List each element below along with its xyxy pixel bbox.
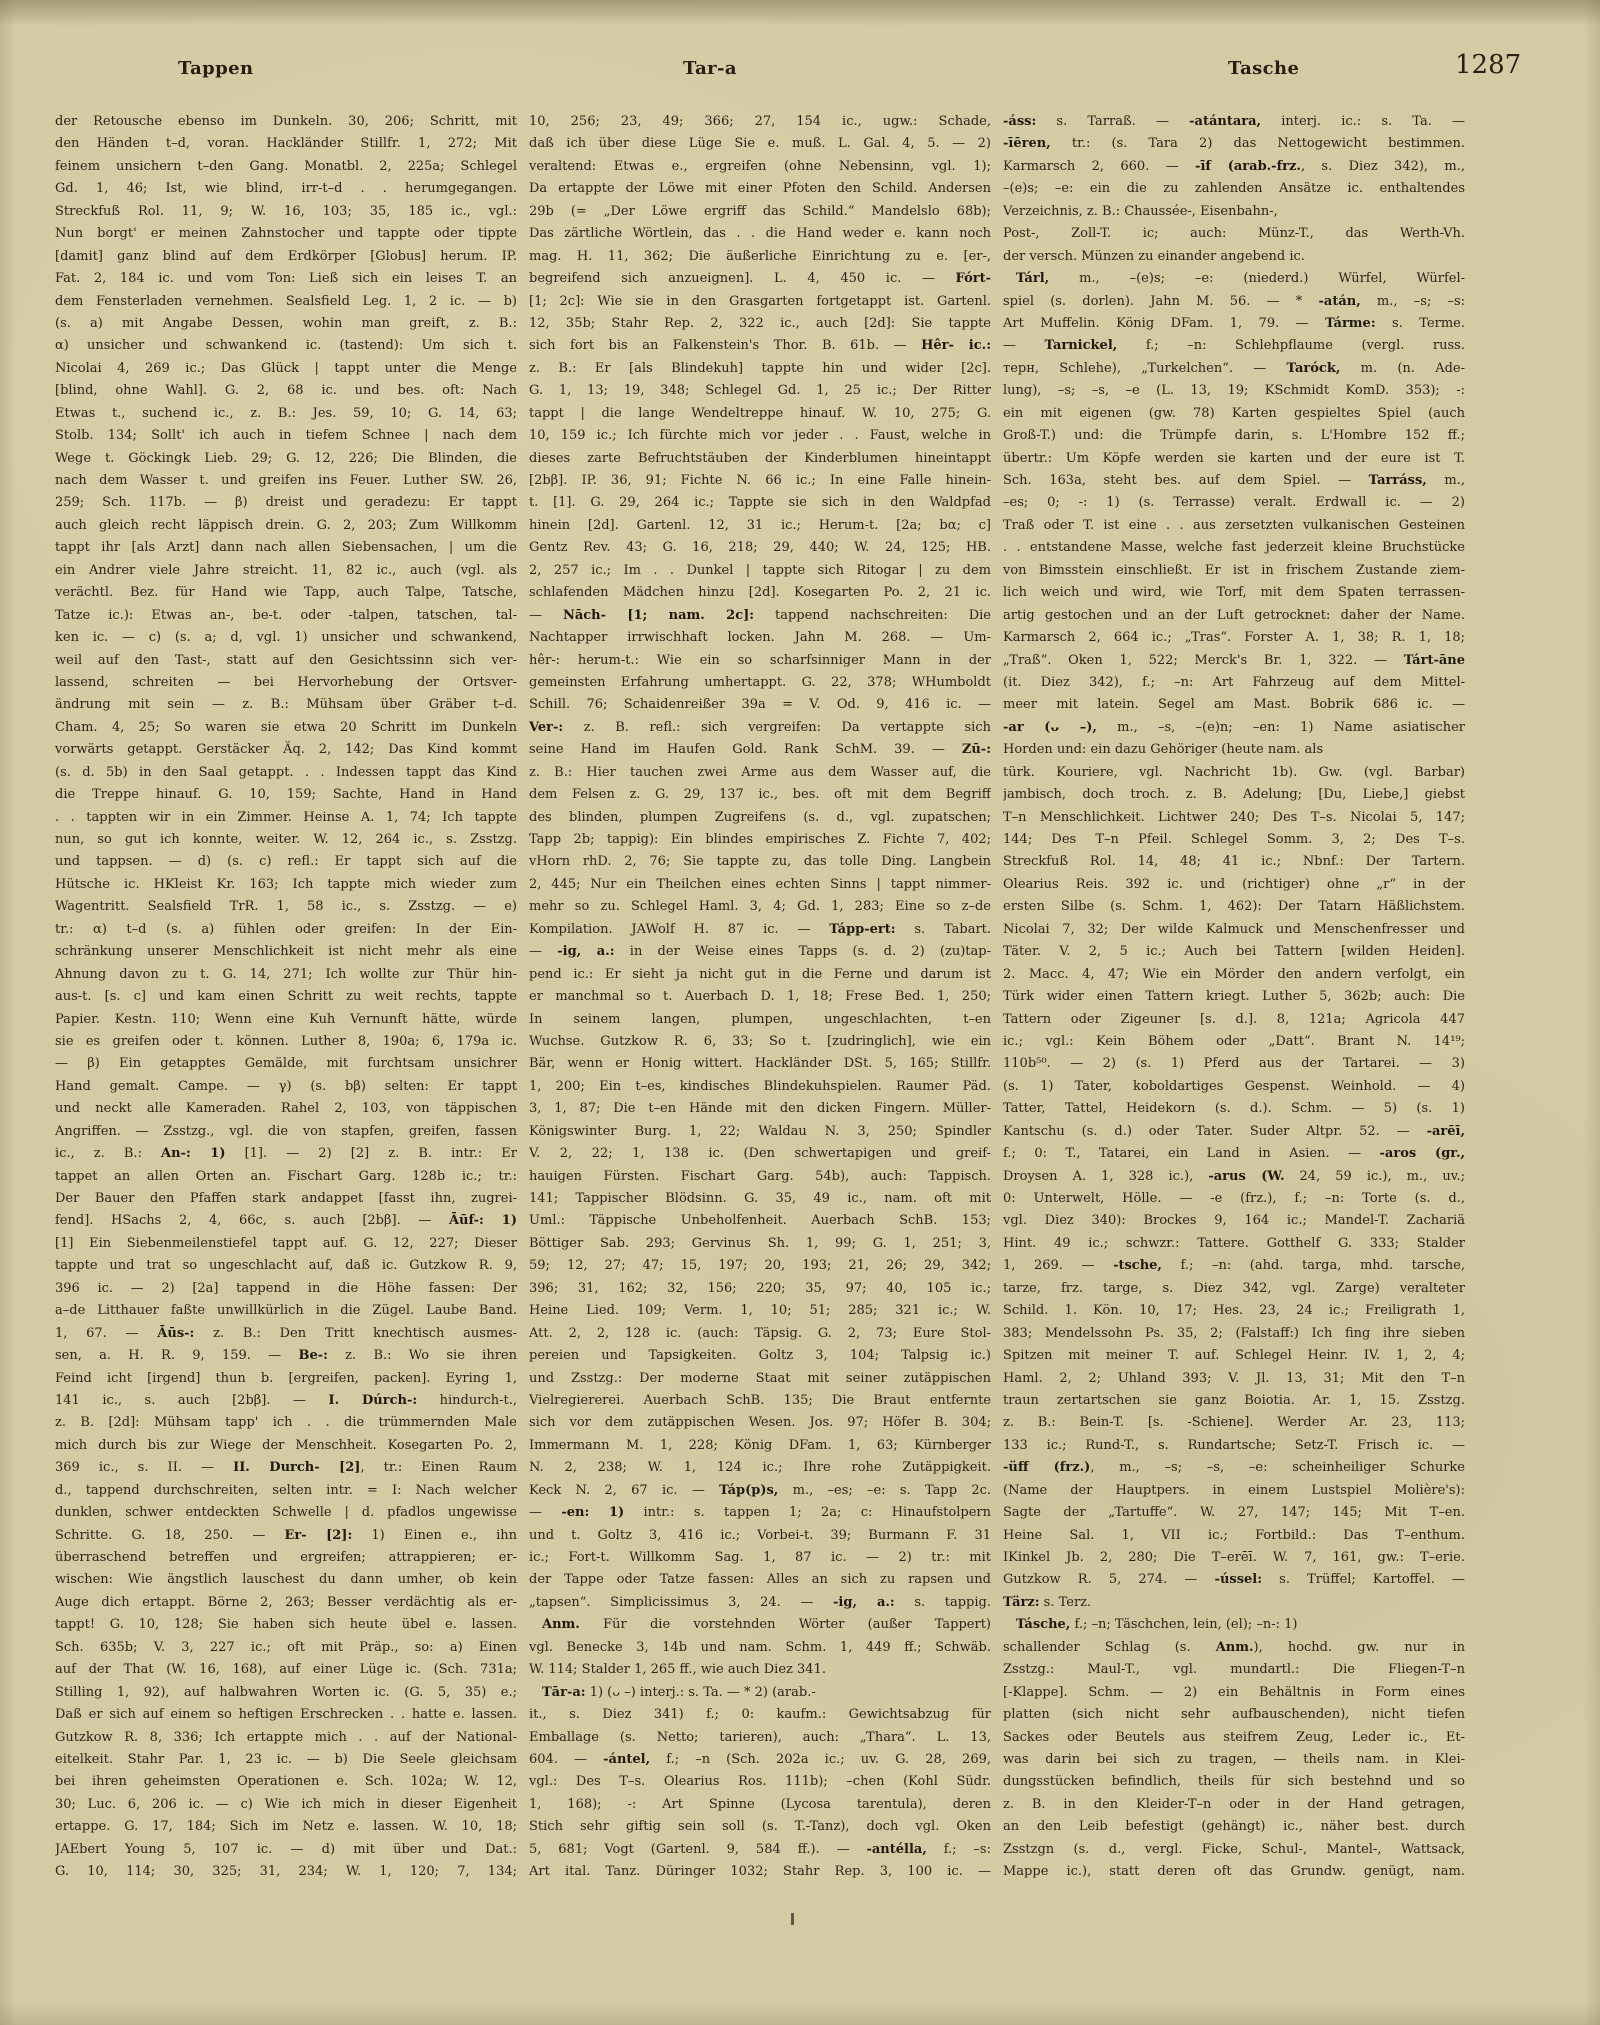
text-line: 30; Luc. 6, 206 ic. — c) Wie ich mich in… [55, 1794, 517, 1816]
text-line: Hand gemalt. Campe. — γ) (s. bβ) selten:… [55, 1076, 517, 1098]
text-line: Stich sehr giftig sein soll (s. T.-Tanz)… [529, 1816, 991, 1838]
text-line: hêr-: herum-t.: Wie ein so scharfsinnige… [529, 650, 991, 672]
text-line: sen, a. H. R. 9, 159. — Be-: z. B.: Wo s… [55, 1345, 517, 1367]
text-line: t. [1]. G. 29, 264 ic.; Tappte sie sich … [529, 492, 991, 514]
text-line: mich durch bis zur Wiege der Menschheit.… [55, 1435, 517, 1457]
text-line: Angriffen. — Zsstzg., vgl. die von stapf… [55, 1121, 517, 1143]
text-line: Keck N. 2, 67 ic. — Táp(p)s, m., –es; –e… [529, 1480, 991, 1502]
text-line: dunklen, schwer entdeckten Schwelle | d.… [55, 1502, 517, 1524]
text-line: Tärz: s. Terz. [1003, 1592, 1465, 1614]
text-line: „Traß“. Oken 1, 522; Merck's Br. 1, 322.… [1003, 650, 1465, 672]
text-line: aus-t. [s. c] und kam einen Schritt zu w… [55, 986, 517, 1008]
text-line: traun zertartschen sie ganz Boiotia. Ar.… [1003, 1390, 1465, 1412]
text-line: z. B.: Er [als Blindekuh] tappte hin und… [529, 358, 991, 380]
text-line: ic.; vgl.: Kein Böhem oder „Datt“. Brant… [1003, 1031, 1465, 1053]
text-line: 396 ic. — 2) [2a] tappend in die Höhe fa… [55, 1278, 517, 1300]
text-line: Sch. 163a, steht bes. auf dem Spiel. — T… [1003, 470, 1465, 492]
text-line: 1, 200; Ein t–es, kindisches Blindekuhsp… [529, 1076, 991, 1098]
text-line: 5, 681; Vogt (Gartenl. 9, 584 ff.). — -a… [529, 1839, 991, 1861]
text-line: Streckfuß Rol. 11, 9; W. 16, 103; 35, 18… [55, 201, 517, 223]
text-line: — -ig, a.: in der Weise eines Tapps (s. … [529, 941, 991, 963]
text-line: — Nāch- [1; nam. 2c]: tappend nachschrei… [529, 605, 991, 627]
text-line: Böttiger Sab. 293; Gervinus Sh. 1, 99; G… [529, 1233, 991, 1255]
text-line: 12, 35b; Stahr Rep. 2, 322 ic., auch [2d… [529, 313, 991, 335]
text-line: an den Leib befestigt (gehängt) ic., näh… [1003, 1816, 1465, 1838]
text-line: Tatze ic.): Etwas an-, be-t. oder -talpe… [55, 605, 517, 627]
text-line: Art Muffelin. König DFam. 1, 79. — Tárme… [1003, 313, 1465, 335]
text-line: auch gleich recht läppisch drein. G. 2, … [55, 515, 517, 537]
text-line: vgl. Diez 340): Brockes 9, 164 ic.; Mand… [1003, 1210, 1465, 1232]
text-line: Sagte der „Tartuffe“. W. 27, 147; 145; M… [1003, 1502, 1465, 1524]
text-line: mag. H. 11, 362; Die äußerliche Einricht… [529, 246, 991, 268]
text-line: tappte und trat so ungeschlacht auf, daß… [55, 1255, 517, 1277]
text-line: der Retousche ebenso im Dunkeln. 30, 206… [55, 111, 517, 133]
text-line: was darin bei sich zu tragen, — theils n… [1003, 1749, 1465, 1771]
text-line: vgl.: Des T–s. Olearius Ros. 111b); –che… [529, 1771, 991, 1793]
text-line: — β) Ein getapptes Gemälde, mit furchtsa… [55, 1053, 517, 1075]
text-line: JAEbert Young 5, 107 ic. — d) mit über u… [55, 1839, 517, 1861]
text-line: Wuchse. Gutzkow R. 6, 33; So t. [zudring… [529, 1031, 991, 1053]
text-line: ic.; Fort-t. Willkomm Sag. 1, 87 ic. — 2… [529, 1547, 991, 1569]
text-line: schränkung unserer Menschlichkeit ist ni… [55, 941, 517, 963]
text-line: die Treppe hinauf. G. 10, 159; Sachte, H… [55, 784, 517, 806]
text-line: nach dem Wasser t. und greifen ins Feuer… [55, 470, 517, 492]
text-line: ändrung mit sein — z. B.: Mühsam über Gr… [55, 694, 517, 716]
text-line: Hütsche ic. HKleist Kr. 163; Ich tappte … [55, 874, 517, 896]
text-line: Täter. V. 2, 5 ic.; Auch bei Tattern [wi… [1003, 941, 1465, 963]
text-line: Daß er sich auf einem so heftigen Erschr… [55, 1704, 517, 1726]
text-line: Post-, Zoll-T. ic; auch: Münz-T., das We… [1003, 223, 1465, 245]
text-line: verächtl. Bez. für Hand wie Tapp, auch T… [55, 582, 517, 604]
text-line: 1, 269. — -tsche, f.; –n: (ahd. targa, m… [1003, 1255, 1465, 1277]
text-line: [2bβ]. IP. 36, 91; Fichte N. 66 ic.; In … [529, 470, 991, 492]
text-line: 59; 12, 27; 47; 15, 197; 20, 193; 21, 26… [529, 1255, 991, 1277]
text-line: 383; Mendelssohn Ps. 35, 2; (Falstaff:) … [1003, 1323, 1465, 1345]
text-line: Der Bauer den Pfaffen stark andappet [fa… [55, 1188, 517, 1210]
text-line: Karmarsch 2, 660. — -īf (arab.-frz., s. … [1003, 156, 1465, 178]
text-line: Zsstzgn (s. d., vergl. Ficke, Schul-, Ma… [1003, 1839, 1465, 1861]
text-line: sie es greifen oder t. können. Luther 8,… [55, 1031, 517, 1053]
text-line: „tapsen“. Simplicissimus 3, 24. — -ig, a… [529, 1592, 991, 1614]
text-line: Stolb. 134; Sollt' ich auch in tiefem Sc… [55, 425, 517, 447]
text-line: In seinem langen, plumpen, ungeschlachte… [529, 1009, 991, 1031]
text-line: ic., z. B.: An-: 1) [1]. — 2) [2] z. B. … [55, 1143, 517, 1165]
text-line: Haml. 2, 2; Uhland 393; V. Jl. 13, 31; M… [1003, 1368, 1465, 1390]
text-line: dieses zarte Befruchtstäuben der Kinderb… [529, 448, 991, 470]
text-line: [damit] ganz blind auf dem Erdkörper [Gl… [55, 246, 517, 268]
text-line: Nun borgt' er meinen Zahnstocher und tap… [55, 223, 517, 245]
text-line: Nicolai 4, 269 ic.; Das Glück | tappt un… [55, 358, 517, 380]
text-line: (s. d. 5b) in den Saal getappt. . . Inde… [55, 762, 517, 784]
text-line: Verzeichnis, z. B.: Chaussée-, Eisenbahn… [1003, 201, 1465, 223]
text-line: sich vor dem zutäppischen Wesen. Jos. 97… [529, 1412, 991, 1434]
text-line: pend ic.: Er sieht ja nicht gut in die F… [529, 964, 991, 986]
text-line: 1, 67. — Āūs-: z. B.: Den Tritt knechtis… [55, 1323, 517, 1345]
page-number: 1287 [1455, 50, 1521, 80]
text-line: Tattern oder Zigeuner [s. d.]. 8, 121a; … [1003, 1009, 1465, 1031]
text-line: pereien und Tapsigkeiten. Goltz 3, 104; … [529, 1345, 991, 1367]
text-column-right: -áss: s. Tarraß. — -atántara, interj. ic… [1003, 111, 1465, 1884]
text-line: 2, 257 ic.; Im . . Dunkel | tappte sich … [529, 560, 991, 582]
text-line: Auge dich ertappt. Börne 2, 263; Besser … [55, 1592, 517, 1614]
text-line: [1; 2c]: Wie sie in den Grasgarten fortg… [529, 291, 991, 313]
text-line: tappt ihr [als Arzt] dann nach allen Sie… [55, 537, 517, 559]
text-line: Gd. 1, 46; Ist, wie blind, irr-t–d . . h… [55, 178, 517, 200]
text-line: Hint. 49 ic.; schwzr.: Tattere. Gotthelf… [1003, 1233, 1465, 1255]
text-line: Karmarsch 2, 664 ic.; „Tras“. Forster A.… [1003, 627, 1465, 649]
text-line: fend]. HSachs 2, 4, 66c, s. auch [2bβ]. … [55, 1210, 517, 1232]
text-line: feinem unsichern t–den Gang. Monatbl. 2,… [55, 156, 517, 178]
text-column-left: der Retousche ebenso im Dunkeln. 30, 206… [55, 111, 517, 1884]
text-line: Sch. 635b; V. 3, 227 ic.; oft mit Präp.,… [55, 1637, 517, 1659]
text-line: ken ic. — c) (s. a; d, vgl. 1) unsicher … [55, 627, 517, 649]
text-line: Mappe ic.), statt deren oft das Grundw. … [1003, 1861, 1465, 1883]
text-line: Uml.: Täppische Unbeholfenheit. Auerbach… [529, 1210, 991, 1232]
running-head-right: Tasche [1228, 58, 1299, 79]
text-line: weil auf den Tast-, statt auf den Gesich… [55, 650, 517, 672]
text-line: Wagentritt. Sealsfield TrR. 1, 58 ic., s… [55, 896, 517, 918]
text-line: (s. 1) Tater, koboldartiges Gespenst. We… [1003, 1076, 1465, 1098]
text-line: Olearius Reis. 392 ic. und (richtiger) o… [1003, 874, 1465, 896]
text-line: d., tappend durchschreiten, selten intr.… [55, 1480, 517, 1502]
text-line: begreifend sich anzueignen]. L. 4, 450 i… [529, 268, 991, 290]
text-line: tappt | die lange Wendeltreppe hinauf. W… [529, 403, 991, 425]
text-line: 604. — -ántel, f.; –n (Sch. 202a ic.; uv… [529, 1749, 991, 1771]
text-line: Immermann M. 1, 228; König DFam. 1, 63; … [529, 1435, 991, 1457]
text-line: –es; 0; -: 1) (s. Terrasse) veralt. Erdw… [1003, 492, 1465, 514]
text-line: z. B.: Bein-T. [s. -Schiene]. Werder Ar.… [1003, 1412, 1465, 1434]
text-line: Tásche, f.; –n; Täschchen, lein, (el); –… [1003, 1614, 1465, 1636]
text-line: schlafenden Mädchen hinzu [2d]. Kosegart… [529, 582, 991, 604]
text-line: Cham. 4, 25; So waren sie etwa 20 Schrit… [55, 717, 517, 739]
text-line: vorwärts getappt. Gerstäcker Äq. 2, 142;… [55, 739, 517, 761]
text-line: Ahnung davon zu t. G. 14, 271; Ich wollt… [55, 964, 517, 986]
text-line: wischen: Wie ängstlich lauschest du dann… [55, 1569, 517, 1591]
text-line: G. 1, 13; 19, 348; Schlegel Gd. 1, 25 ic… [529, 380, 991, 402]
text-line: (s. a) mit Angabe Dessen, wohin man grei… [55, 313, 517, 335]
text-line: und tappsen. — d) (s. c) refl.: Er tappt… [55, 851, 517, 873]
text-line: vgl. Benecke 3, 14b und nam. Schm. 1, 44… [529, 1637, 991, 1659]
text-line: z. B.: Hier tauchen zwei Arme aus dem Wa… [529, 762, 991, 784]
text-line: von Bimsstein einschließt. Er ist in fri… [1003, 560, 1465, 582]
text-line: eitelkeit. Stahr Par. 1, 23 ic. — b) Die… [55, 1749, 517, 1771]
text-line: Tapp 2b; tappig): Ein blindes empirische… [529, 829, 991, 851]
text-line: Fat. 2, 184 ic. und vom Ton: Ließ sich e… [55, 268, 517, 290]
text-line: Art ital. Tanz. Düringer 1032; Stahr Rep… [529, 1861, 991, 1883]
text-line: Nicolai 7, 32; Der wilde Kalmuck und Men… [1003, 919, 1465, 941]
text-line: lassend, schreiten — bei Hervorhebung de… [55, 672, 517, 694]
text-line: Att. 2, 2, 128 ic. (auch: Täpsig. G. 2, … [529, 1323, 991, 1345]
text-line: 10, 159 ic.; Ich fürchte mich vor jeder … [529, 425, 991, 447]
text-line: Feind icht [irgend] thun b. [ergreifen, … [55, 1368, 517, 1390]
text-line: IKinkel Jb. 2, 280; Die T–erēī. W. 7, 16… [1003, 1547, 1465, 1569]
text-line: seine Hand im Haufen Gold. Rank SchM. 39… [529, 739, 991, 761]
text-line: und neckt alle Kameraden. Rahel 2, 103, … [55, 1098, 517, 1120]
text-line: übertr.: Um Köpfe werden sie karten und … [1003, 448, 1465, 470]
text-line: und Zsstzg.: Der moderne Staat mit seine… [529, 1368, 991, 1390]
text-line: spiel (s. dorlen). Jahn M. 56. — * -atán… [1003, 291, 1465, 313]
text-line: tarze, frz. targe, s. Diez 342, vgl. Zar… [1003, 1278, 1465, 1300]
text-line: des blinden, plumpen Zugreifens (s. d., … [529, 807, 991, 829]
text-line: Ver-: z. B. refl.: sich vergreifen: Da v… [529, 717, 991, 739]
text-line: hinein [2d]. Gartenl. 12, 31 ic.; Herum-… [529, 515, 991, 537]
text-line: Zsstzg.: Maul-T., vgl. mundartl.: Die Fl… [1003, 1659, 1465, 1681]
text-line: Kantschu (s. d.) oder Tater. Suder Altpr… [1003, 1121, 1465, 1143]
text-line: Wege t. Göckingk Lieb. 29; G. 12, 226; D… [55, 448, 517, 470]
text-line: 396; 31, 162; 32, 156; 220; 35, 97; 40, … [529, 1278, 991, 1300]
text-line: Kompilation. JAWolf H. 87 ic. — Tápp-ert… [529, 919, 991, 941]
text-line: veraltend: Etwas e., ergreifen (ohne Neb… [529, 156, 991, 178]
text-column-middle: 10, 256; 23, 49; 366; 27, 154 ic., ugw.:… [529, 111, 991, 1884]
text-line: dungsstücken befindlich, theils für sich… [1003, 1771, 1465, 1793]
text-line: N. 2, 238; W. 1, 124 ic.; Ihre rohe Zutä… [529, 1457, 991, 1479]
text-line: T–n Menschlichkeit. Lichtwer 240; Des T–… [1003, 807, 1465, 829]
text-line: Anm. Für die vorstehnden Wörter (außer T… [529, 1614, 991, 1636]
text-line: ersten Silbe (s. Schm. 1, 462): Der Tata… [1003, 896, 1465, 918]
text-line: artig gestochen und an der Luft getrockn… [1003, 605, 1465, 627]
text-line: ein mit eigenen (gw. 78) Karten gespielt… [1003, 403, 1465, 425]
text-line: dem Fensterladen vernehmen. Sealsfield L… [55, 291, 517, 313]
text-line: Traß oder T. ist eine . . aus zersetzten… [1003, 515, 1465, 537]
text-line: Gutzkow R. 8, 336; Ich ertappte mich . .… [55, 1727, 517, 1749]
text-line: . . entstandene Masse, welche fast jeder… [1003, 537, 1465, 559]
text-line: hauigen Fürsten. Fischart Garg. 54b), au… [529, 1166, 991, 1188]
text-line: 110b⁵⁰. — 2) (s. 1) Pferd aus der Tartar… [1003, 1053, 1465, 1075]
text-line: nun, so gut ich konnte, weiter. W. 12, 2… [55, 829, 517, 851]
text-line: Türk wider einen Tattern kriegt. Luther … [1003, 986, 1465, 1008]
text-line: — -en: 1) intr.: s. tappen 1; 2a; c: Hin… [529, 1502, 991, 1524]
text-line: Königswinter Burg. 1, 22; Waldau N. 3, 2… [529, 1121, 991, 1143]
text-line: 2, 445; Nur ein Theilchen eines echten S… [529, 874, 991, 896]
text-line: Tatter, Tattel, Heidekorn (s. d.). Schm.… [1003, 1098, 1465, 1120]
text-line: Schritte. G. 18, 250. — Er- [2]: 1) Eine… [55, 1525, 517, 1547]
text-line: -áss: s. Tarraß. — -atántara, interj. ic… [1003, 111, 1465, 133]
text-line: -īēren, tr.: (s. Tara 2) das Nettogewich… [1003, 133, 1465, 155]
text-line: Streckfuß Rol. 14, 48; 41 ic.; Nbnf.: De… [1003, 851, 1465, 873]
text-line: gemeinsten Erfahrung umhertappt. G. 22, … [529, 672, 991, 694]
text-line: tr.: α) t–d (s. a) fühlen oder greifen: … [55, 919, 517, 941]
text-line: -ar (ᴗ –), m., –s, –(e)n; –en: 1) Name a… [1003, 717, 1465, 739]
text-line: den Händen t–d, voran. Hackländer Stillf… [55, 133, 517, 155]
text-line: ein Andrer viele Jahre streicht. 11, 82 … [55, 560, 517, 582]
text-line: Gutzkow R. 5, 274. — -ússel: s. Trüffel;… [1003, 1569, 1465, 1591]
text-line: und t. Goltz 3, 416 ic.; Vorbei-t. 39; B… [529, 1525, 991, 1547]
text-line: –(e)s; –e: ein die zu zahlenden Ansätze … [1003, 178, 1465, 200]
text-line: 2. Macc. 4, 47; Wie ein Mörder den ander… [1003, 964, 1465, 986]
text-line: der versch. Münzen zu einander angebend … [1003, 246, 1465, 268]
text-line: Bär, wenn er Honig wittert. Hackländer D… [529, 1053, 991, 1075]
text-line: Groß-T.) und: die Trümpfe darin, s. L'Ho… [1003, 425, 1465, 447]
text-line: Schill. 76; Schaidenreißer 39a = V. Od. … [529, 694, 991, 716]
text-line: türk. Kouriere, vgl. Nachricht 1b). Gw. … [1003, 762, 1465, 784]
text-line: 1, 168); -: Art Spinne (Lycosa tarentula… [529, 1794, 991, 1816]
text-line: Heine Lied. 109; Verm. 1, 10; 51; 285; 3… [529, 1300, 991, 1322]
text-line: Schild. 1. Kön. 10, 17; Hes. 23, 24 ic.;… [1003, 1300, 1465, 1322]
text-line: 144; Des T–n Pfeil. Schlegel Somm. 3, 2;… [1003, 829, 1465, 851]
text-line: schallender Schlag (s. Anm.), hochd. gw.… [1003, 1637, 1465, 1659]
text-line: Spitzen mit meiner T. auf. Schlegel Hein… [1003, 1345, 1465, 1367]
text-line: (it. Diez 342), f.; –n: Art Fahrzeug auf… [1003, 672, 1465, 694]
text-line: Da ertappte der Löwe mit einer Pfoten de… [529, 178, 991, 200]
text-line: überraschend betreffen und ergreifen; at… [55, 1547, 517, 1569]
text-line: tappt! G. 10, 128; Sie haben sich heute … [55, 1614, 517, 1636]
text-line: 29b (= „Der Löwe ergriff das Schild.“ Ma… [529, 201, 991, 223]
text-line: α) unsicher und schwankend ic. (tastend)… [55, 335, 517, 357]
text-line: z. B. [2d]: Mühsam tapp' ich . . die trü… [55, 1412, 517, 1434]
text-line: vHorn rhD. 2, 76; Sie tappte zu, das tol… [529, 851, 991, 873]
text-line: 141; Tappischer Blödsinn. G. 35, 49 ic.,… [529, 1188, 991, 1210]
text-line: bei ihren geheimsten Operationen e. Sch.… [55, 1771, 517, 1793]
text-line: Nachtapper irrwischhaft locken. Jahn M. … [529, 627, 991, 649]
text-line: meer mit latein. Segel am Mast. Bobrik 6… [1003, 694, 1465, 716]
printers-mark [791, 1913, 794, 1925]
running-head-center: Tar-a [0, 58, 1420, 79]
text-line: er manchmal so t. Auerbach D. 1, 18; Fre… [529, 986, 991, 1008]
text-line: -üff (frz.), m., –s; –s, –e: scheinheili… [1003, 1457, 1465, 1479]
text-line: Droysen A. 1, 328 ic.), -arus (W. 24, 59… [1003, 1166, 1465, 1188]
text-line: 369 ic., s. II. — II. Durch- [2], tr.: E… [55, 1457, 517, 1479]
text-line: jambisch, doch troch. z. B. Adelung; [Du… [1003, 784, 1465, 806]
text-line: Sackes oder Beutels aus steifrem Zeug, L… [1003, 1727, 1465, 1749]
text-line: [-Klappe]. Schm. — 2) ein Behältnis in F… [1003, 1682, 1465, 1704]
text-line: der Tappe oder Tatze fassen: Alles an si… [529, 1569, 991, 1591]
text-line: sich fort bis an Falkenstein's Thor. B. … [529, 335, 991, 357]
text-line: Horden und: ein dazu Gehöriger (heute na… [1003, 739, 1465, 761]
text-line: Emballage (s. Netto; tarieren), auch: „T… [529, 1727, 991, 1749]
text-line: 0: Unterwelt, Hölle. — -e (frz.), f.; –n… [1003, 1188, 1465, 1210]
text-line: a–de Litthauer faßte unwillkürlich in di… [55, 1300, 517, 1322]
text-line: 141 ic., s. auch [2bβ]. — I. Dúrch-: hin… [55, 1390, 517, 1412]
text-line: 10, 256; 23, 49; 366; 27, 154 ic., ugw.:… [529, 111, 991, 133]
text-line: Heine Sal. 1, VII ic.; Fortbild.: Das T–… [1003, 1525, 1465, 1547]
text-line: W. 114; Stalder 1, 265 ff., wie auch Die… [529, 1659, 991, 1681]
text-line: [blind, ohne Wahl]. G. 2, 68 ic. und bes… [55, 380, 517, 402]
text-line: Etwas t., suchend ic., z. B.: Jes. 59, 1… [55, 403, 517, 425]
text-line: Vielregiererei. Auerbach SchB. 135; Die … [529, 1390, 991, 1412]
text-line: 133 ic.; Rund-T., s. Rundartsche; Setz-T… [1003, 1435, 1465, 1457]
text-line: Das zärtliche Wörtlein, das . . die Hand… [529, 223, 991, 245]
text-line: tappet an allen Orten an. Fischart Garg.… [55, 1166, 517, 1188]
text-line: f.; 0: T., Tatarei, ein Land in Asien. —… [1003, 1143, 1465, 1165]
text-line: G. 10, 114; 30, 325; 31, 234; W. 1, 120;… [55, 1861, 517, 1883]
text-line: auf der That (W. 16, 168), auf einer Lüg… [55, 1659, 517, 1681]
text-line: lich weich und wird, wie Torf, mit dem S… [1003, 582, 1465, 604]
text-line: lung), –s; –s, –e (L. 13, 19; KSchmidt K… [1003, 380, 1465, 402]
text-line: [1] Ein Siebenmeilenstiefel tappt auf. G… [55, 1233, 517, 1255]
text-line: ertappe. G. 17, 184; Sich im Netz e. las… [55, 1816, 517, 1838]
text-line: 259; Sch. 117b. — β) dreist und geradezu… [55, 492, 517, 514]
text-line: dem Felsen z. G. 29, 137 ic., bes. oft m… [529, 784, 991, 806]
text-line: V. 2, 22; 1, 138 ic. (Den schwertapigen … [529, 1143, 991, 1165]
text-line: Papier. Kestn. 110; Wenn eine Kuh Vernun… [55, 1009, 517, 1031]
text-line: Tárl, m., –(e)s; –e: (niederd.) Würfel, … [1003, 268, 1465, 290]
text-line: терн, Schlehe), „Turkelchen“. — Taróck, … [1003, 358, 1465, 380]
text-line: platten (sich nicht sehr aufbauschenden)… [1003, 1704, 1465, 1726]
text-line: (Name der Hauptpers. in einem Lustspiel … [1003, 1480, 1465, 1502]
text-line: mehr so zu. Schlegel Haml. 3, 4; Gd. 1, … [529, 896, 991, 918]
text-line: Gentz Rev. 43; G. 16, 218; 29, 440; W. 2… [529, 537, 991, 559]
text-line: Stilling 1, 92), auf halbwahren Worten i… [55, 1682, 517, 1704]
text-line: z. B. in den Kleider-T–n oder in der Han… [1003, 1794, 1465, 1816]
text-line: — Tarnickel, f.; –n: Schlehpflaume (verg… [1003, 335, 1465, 357]
text-line: . . tappten wir in ein Zimmer. Heinse A.… [55, 807, 517, 829]
text-line: it., s. Diez 341) f.; 0: kaufm.: Gewicht… [529, 1704, 991, 1726]
scanned-dictionary-page: Tappen Tar-a Tasche 1287 der Retousche e… [0, 0, 1600, 2025]
text-line: Tār-a: 1) (ᴗ –) interj.: s. Ta. — * 2) (… [529, 1682, 991, 1704]
text-line: daß ich über diese Lüge Sie e. muß. L. G… [529, 133, 991, 155]
text-line: 3, 1, 87; Die t–en Hände mit den dicken … [529, 1098, 991, 1120]
